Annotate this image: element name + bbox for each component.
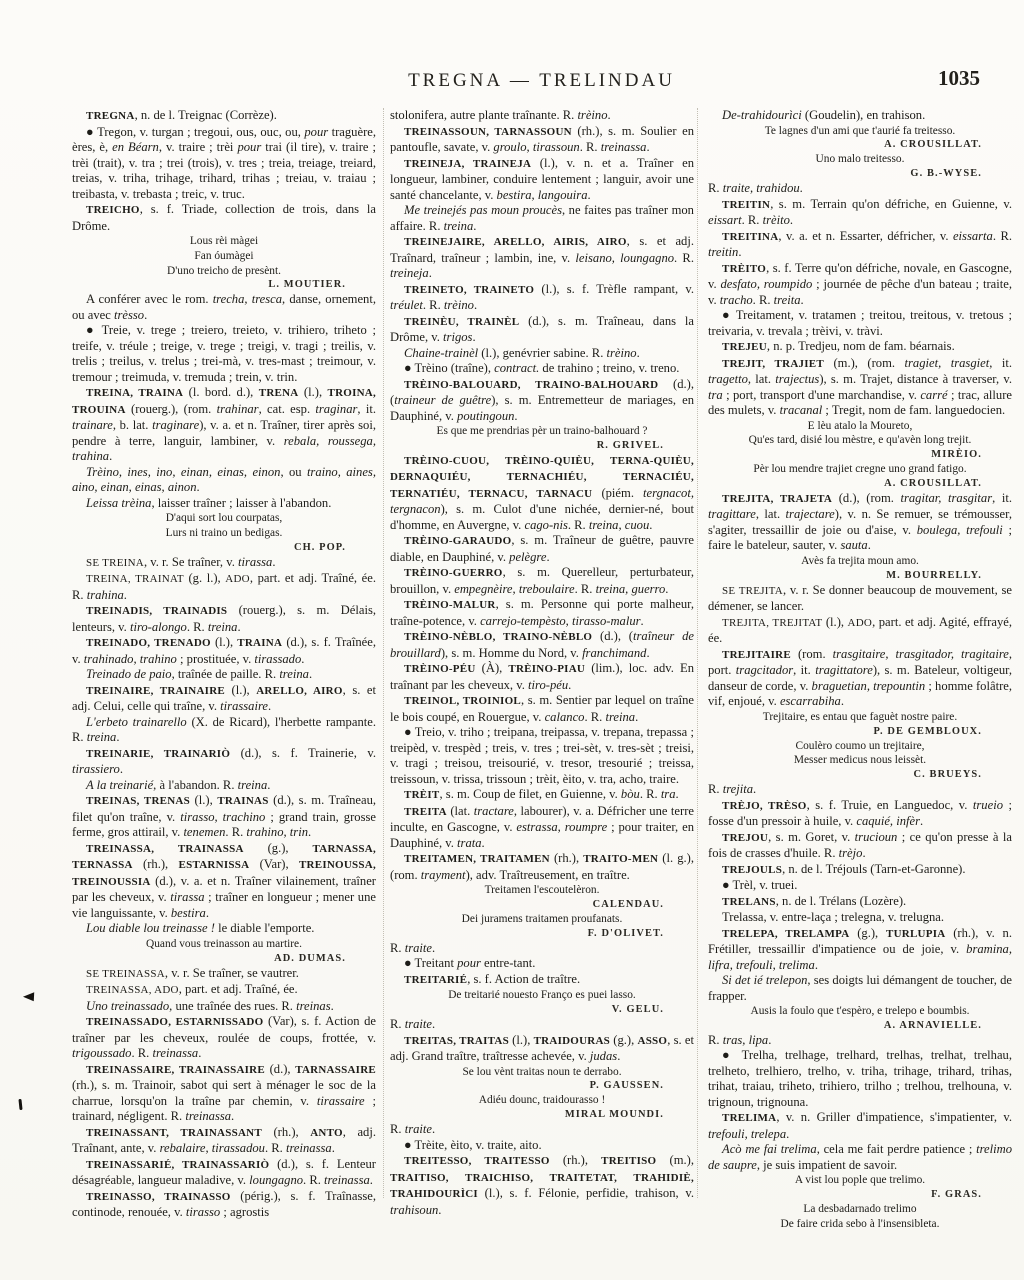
paragraph-ref: R. traite.: [390, 1017, 694, 1033]
paragraph-text: Lou diable lou treinasse ! le diable l'e…: [72, 921, 376, 937]
dictionary-entry: TRÈINO-CUOU, TRÈINO-QUIÈU, TERNA-QUIÈU, …: [390, 453, 694, 534]
entry-headword: TREINASSAIRE, TRAINASSAIRE: [86, 1064, 265, 1076]
dictionary-entry: TRÈINO-PÉU (À), TRÈINO-PIAU (lim.), loc.…: [390, 661, 694, 693]
paragraph-author: F. D'OLIVET.: [390, 927, 694, 941]
entry-headword: TREINAS, TRENAS: [86, 795, 190, 807]
paragraph-author: MIRÈIO.: [708, 448, 1012, 462]
dictionary-entry: TRÈJO, TRÈSO, s. f. Truie, en Languedoc,…: [708, 798, 1012, 830]
paragraph-author: V. GELU.: [390, 1003, 694, 1017]
dictionary-entry: TREJITAIRE (rom. trasgitaire, trasgitado…: [708, 647, 1012, 710]
dictionary-entry: TRÈINO-GUERRO, s. m. Querelleur, perturb…: [390, 565, 694, 597]
paragraph-author: A. CROUSILLAT.: [708, 477, 1012, 491]
paragraph-text: De-trahidourìci (Goudelin), en trahison.: [708, 108, 1012, 124]
entry-headword: TREINAIRE, TRAINAIRE: [86, 685, 225, 697]
entry-headword: TRÈINO-GARAUDO: [404, 535, 511, 547]
dictionary-entry: TREINETO, TRAINETO (l.), s. f. Trèfle ra…: [390, 282, 694, 314]
entry-headword: TRAINA: [237, 637, 282, 649]
entry-headword: TREINEJAIRE, ARELLO, AIRIS, AIRO: [404, 236, 627, 248]
entry-headword: TREITESSO, TRAITESSO: [404, 1155, 550, 1167]
entry-headword: TREITAS, TRAITAS: [404, 1035, 509, 1047]
page-number: 1035: [938, 66, 980, 91]
paragraph-verse: Uno malo treitesso.: [708, 152, 1012, 167]
paragraph-author: CH. POP.: [72, 541, 376, 555]
paragraph-verse: Trejitaire, es entau que faguèt nostre p…: [708, 710, 1012, 725]
dictionary-entry: TRÈINO-NÈBLO, TRAINO-NÈBLO (d.), (traîne…: [390, 629, 694, 661]
paragraph-author: C. BRUEYS.: [708, 768, 1012, 782]
dictionary-entry: TREINASSA, TRAINASSA (g.), TARNASSA, TER…: [72, 841, 376, 922]
dictionary-entry: TREINARIE, TRAINARIÒ (d.), s. f. Trainer…: [72, 746, 376, 778]
paragraph-verse: E lèu atalo la Moureto,: [708, 419, 1012, 434]
paragraph-text: Leissa trèina, laisser traîner ; laisser…: [72, 496, 376, 512]
paragraph-verse: Fan óumàgei: [72, 249, 376, 264]
paragraph-verse: Se lou vènt traitas noun te derrabo.: [390, 1065, 694, 1080]
entry-headword: TRÈINO-GUERRO: [404, 567, 503, 579]
entry-headword: TRÈJO, TRÈSO: [722, 800, 807, 812]
entry-headword: TRÈINO-BALOUARD, TRAINO-BALHOUARD: [404, 379, 658, 391]
dictionary-entry: TREJOU, s. m. Goret, v. trucioun ; ce qu…: [708, 830, 1012, 862]
paragraph-text: L'erbeto trainarello (X. de Ricard), l'h…: [72, 715, 376, 746]
paragraph-verse: Te lagnes d'un ami que t'aurié fa treite…: [708, 124, 1012, 139]
entry-headword: TREJOU: [722, 832, 768, 844]
entry-headword: TREJITAIRE: [722, 649, 791, 661]
dictionary-entry: TREINA, TRAINA (l. bord. d.), TRENA (l.)…: [72, 385, 376, 465]
dictionary-entry: TRÈITO, s. f. Terre qu'on défriche, nova…: [708, 261, 1012, 309]
entry-headword: TREINASSA, TRAINASSA: [86, 843, 244, 855]
paragraph-text: Si det ié trelepon, ses doigts lui déman…: [708, 973, 1012, 1004]
paragraph-verse: Pèr lou mendre trajiet cregne uno grand …: [708, 462, 1012, 477]
paragraph-text: Acò me fai trelima, cela me fait perdre …: [708, 1142, 1012, 1173]
entry-headword: TRÈIT: [404, 789, 440, 801]
paragraph-ref: R. traite.: [390, 941, 694, 957]
dictionary-entry: TREITARIÉ, s. f. Action de traître.: [390, 972, 694, 989]
paragraph-verse: D'aqui sort lou courpatas,: [72, 511, 376, 526]
paragraph-text: A conférer avec le rom. trecha, tresca, …: [72, 292, 376, 323]
paragraph-text: A la treinarié, à l'abandon. R. treina.: [72, 778, 376, 794]
entry-headword: TREINÈU, TRAINÈL: [404, 316, 519, 328]
text-column-2: stolonifera, autre plante traînante. R. …: [390, 108, 694, 1230]
dictionary-entry: TRÈINO-BALOUARD, TRAINO-BALHOUARD (d.), …: [390, 377, 694, 425]
paragraph-text: Chaine-trainèl (l.), genévrier sabine. R…: [390, 346, 694, 362]
dictionary-entry: TREINASSARIÉ, TRAINASSARIÒ (d.), s. f. L…: [72, 1157, 376, 1189]
paragraph-text: Uno treinassado, une traînée des rues. R…: [72, 999, 376, 1015]
dictionary-page: TREGNA — TRELINDAU 1035 TREGNA, n. de l.…: [0, 0, 1024, 1280]
dictionary-entry: TREJEU, n. p. Tredjeu, nom de fam. béarn…: [708, 339, 1012, 356]
dictionary-entry: TREITAS, TRAITAS (l.), TRAIDOURAS (g.), …: [390, 1033, 694, 1065]
dictionary-entry: TRELIMA, v. n. Griller d'impatience, s'i…: [708, 1110, 1012, 1142]
paragraph-variant: ● Trèino (traîne), contract. de trahino …: [390, 361, 694, 377]
paragraph-verse: D'uno treicho de presènt.: [72, 264, 376, 279]
dictionary-entry: TREINAS, TRENAS (l.), TRAINAS (d.), s. m…: [72, 793, 376, 841]
text-column-1: TREGNA, n. de l. Treignac (Corrèze).● Tr…: [72, 108, 376, 1230]
entry-headword: TREITIN: [722, 199, 770, 211]
dictionary-entry: TREJITA, TREJITAT (l.), ADO, part. et ad…: [708, 615, 1012, 647]
paragraph-author: AD. DUMAS.: [72, 952, 376, 966]
dictionary-entry: SE TREJITA, v. r. Se donner beaucoup de …: [708, 583, 1012, 615]
paragraph-verse: Messer medicus nous leissèt.: [708, 753, 1012, 768]
dictionary-entry: TREINEJA, TRAINEJA (l.), v. n. et a. Tra…: [390, 156, 694, 204]
entry-headword: TREITISO: [601, 1155, 656, 1167]
dictionary-entry: TREITINA, v. a. et n. Essarter, défriche…: [708, 229, 1012, 261]
entry-headword: TREITINA: [722, 231, 778, 243]
entry-headword: TREITA: [404, 806, 447, 818]
dictionary-entry: TREGNA, n. de l. Treignac (Corrèze).: [72, 108, 376, 125]
entry-headword: TREINASSADO, ESTARNISSADO: [86, 1016, 263, 1028]
dictionary-entry: TREJIT, TRAJIET (m.), (rom. tragiet, tra…: [708, 356, 1012, 419]
running-head: TREGNA — TRELINDAU: [75, 70, 1008, 92]
paragraph-variant: ● Trèite, èito, v. traite, aito.: [390, 1138, 694, 1154]
paragraph-author: P. DE GEMBLOUX.: [708, 725, 1012, 739]
entry-headword: TREINETO, TRAINETO: [404, 284, 534, 296]
dictionary-entry: TREINASSAIRE, TRAINASSAIRE (d.), TARNASS…: [72, 1062, 376, 1125]
dictionary-entry: SE TREINA, v. r. Se traîner, v. tirassa.: [72, 555, 376, 572]
paragraph-author: F. GRAS.: [708, 1188, 1012, 1202]
paragraph-ref: R. traite, trahidou.: [708, 181, 1012, 197]
paragraph-verse: Coulèro coumo un trejitaire,: [708, 739, 1012, 754]
dictionary-entry: TREINADIS, TRAINADIS (rouerg.), s. m. Dé…: [72, 603, 376, 635]
paragraph-verse: Lurs ni traino un bedigas.: [72, 526, 376, 541]
dictionary-entry: TRELEPA, TRELAMPA (g.), TURLUPIA (rh.), …: [708, 926, 1012, 974]
paragraph-verse: Dei juramens traitamen proufanats.: [390, 912, 694, 927]
entry-headword: TREINADIS, TRAINADIS: [86, 605, 227, 617]
paragraph-text: Trèino, ines, ino, einan, einas, einon, …: [72, 465, 376, 496]
entry-headword: TRÈINO-PIAU: [508, 663, 585, 675]
dictionary-entry: TREINASSO, TRAINASSO (périg.), s. f. Tra…: [72, 1189, 376, 1221]
entry-headword: TREINOL, TROINIOL: [404, 695, 521, 707]
dictionary-entry: TREITESSO, TRAITESSO (rh.), TREITISO (m.…: [390, 1153, 694, 1218]
dictionary-entry: TRÈINO-MALUR, s. m. Personne qui porte m…: [390, 597, 694, 629]
entry-headword: TREINASSOUN, TARNASSOUN: [404, 126, 572, 138]
entry-headword: TRELEPA, TRELAMPA: [722, 928, 849, 940]
dictionary-entry: TREINASSOUN, TARNASSOUN (rh.), s. m. Sou…: [390, 124, 694, 156]
dictionary-entry: TREINASSADO, ESTARNISSADO (Var), s. f. A…: [72, 1014, 376, 1062]
entry-headword: TREJEU: [722, 341, 767, 353]
dictionary-entry: TREINASSANT, TRAINASSANT (rh.), ANTO, ad…: [72, 1125, 376, 1157]
entry-headword: TRAIDOURAS: [534, 1035, 610, 1047]
paragraph-text: Trelassa, v. entre-laça ; trelegna, v. t…: [708, 910, 1012, 926]
paragraph-verse: Quand vous treinasson au martire.: [72, 937, 376, 952]
entry-headword: TREITAMEN, TRAITAMEN: [404, 853, 550, 865]
paragraph-variant: ● Treitant pour entre-tant.: [390, 956, 694, 972]
margin-artifact-triangle: [23, 992, 34, 1002]
entry-headword: TREINADO, TRENADO: [86, 637, 211, 649]
entry-headword: TREINA, TRAINA: [86, 387, 183, 399]
paragraph-text: Treinado de paio, traînée de paille. R. …: [72, 667, 376, 683]
dictionary-entry: TREJOULS, n. de l. Tréjouls (Tarn-et-Gar…: [708, 862, 1012, 879]
paragraph-variant: ● Treie, v. trege ; treiero, treieto, v.…: [72, 323, 376, 385]
entry-headword: TRÈINO-MALUR: [404, 599, 496, 611]
dictionary-entry: TRÈINO-GARAUDO, s. m. Traîneur de guêtre…: [390, 533, 694, 565]
text-block: TREGNA, n. de l. Treignac (Corrèze).● Tr…: [72, 108, 1012, 1230]
paragraph-author: G. B.-WYSE.: [708, 167, 1012, 181]
dictionary-entry: TRÈIT, s. m. Coup de filet, en Guienne, …: [390, 787, 694, 804]
paragraph-author: M. BOURRELLY.: [708, 569, 1012, 583]
text-column-3: De-trahidourìci (Goudelin), en trahison.…: [708, 108, 1012, 1230]
entry-headword: ESTARNISSA: [179, 859, 250, 871]
paragraph-author: R. GRIVEL.: [390, 439, 694, 453]
dictionary-entry: TREITAMEN, TRAITAMEN (rh.), TRAITO-MEN (…: [390, 851, 694, 883]
entry-headword: TRAINAS: [217, 795, 268, 807]
paragraph-verse: De faire crida sebo à l'insensibleta.: [708, 1217, 1012, 1230]
paragraph-cont: stolonifera, autre plante traînante. R. …: [390, 108, 694, 124]
dictionary-entry: TREINEJAIRE, ARELLO, AIRIS, AIRO, s. et …: [390, 234, 694, 282]
entry-headword: TREINASSARIÉ, TRAINASSARIÒ: [86, 1159, 269, 1171]
paragraph-verse: Adiéu dounc, traidourasso !: [390, 1093, 694, 1108]
entry-headword: TREICHO: [86, 204, 140, 216]
dictionary-entry: TREINASSA, ADO, part. et adj. Traîné, ée…: [72, 982, 376, 999]
entry-headword: ANTO: [310, 1127, 343, 1139]
dictionary-entry: TREICHO, s. f. Triade, collection de tro…: [72, 202, 376, 234]
paragraph-author: A. CROUSILLAT.: [708, 138, 1012, 152]
paragraph-verse: Lous rèi màgei: [72, 234, 376, 249]
paragraph-author: P. GAUSSEN.: [390, 1079, 694, 1093]
entry-headword: ASSO: [638, 1035, 668, 1047]
entry-headword: TREINEJA, TRAINEJA: [404, 158, 531, 170]
dictionary-entry: TRELANS, n. de l. Trélans (Lozère).: [708, 894, 1012, 911]
dictionary-entry: TREITA (lat. tractare, labourer), v. a. …: [390, 804, 694, 852]
dictionary-entry: TREINA, TRAINAT (g. l.), ADO, part. et a…: [72, 571, 376, 603]
entry-headword: TRÈINO-NÈBLO, TRAINO-NÈBLO: [404, 631, 592, 643]
paragraph-verse: Avès fa trejita moun amo.: [708, 554, 1012, 569]
page-header: TREGNA — TRELINDAU 1035: [75, 70, 1008, 100]
paragraph-variant: ● Tregon, v. turgan ; tregoui, ous, ouc,…: [72, 125, 376, 203]
margin-artifact-tick: [18, 1099, 22, 1110]
dictionary-entry: TREINADO, TRENADO (l.), TRAINA (d.), s. …: [72, 635, 376, 667]
entry-headword: TRÈITO: [722, 263, 766, 275]
dictionary-entry: TREITIN, s. m. Terrain qu'on défriche, e…: [708, 197, 1012, 229]
paragraph-variant: ● Treio, v. triho ; treipana, treipassa,…: [390, 725, 694, 787]
dictionary-entry: TREJITA, TRAJETA (d.), (rom. tragitar, t…: [708, 491, 1012, 554]
entry-headword: TREJOULS: [722, 864, 782, 876]
paragraph-text: Me treinejés pas moun proucès, ne faites…: [390, 203, 694, 234]
entry-headword: TREJITA, TRAJETA: [722, 493, 832, 505]
paragraph-ref: R. trejita.: [708, 782, 1012, 798]
paragraph-author: CALENDAU.: [390, 898, 694, 912]
paragraph-verse: Es que me prendrias pèr un traino-balhou…: [390, 424, 694, 439]
paragraph-author: L. MOUTIER.: [72, 278, 376, 292]
paragraph-verse: La desbadarnado trelimo: [708, 1202, 1012, 1217]
dictionary-entry: TREINOL, TROINIOL, s. m. Sentier par leq…: [390, 693, 694, 725]
paragraph-verse: Ausis la foulo que t'espèro, e trelepo e…: [708, 1004, 1012, 1019]
paragraph-verse: Treitamen l'escoutelèron.: [390, 883, 694, 898]
entry-headword: TRAITO-MEN: [583, 853, 658, 865]
paragraph-ref: R. traite.: [390, 1122, 694, 1138]
entry-headword: TURLUPIA: [886, 928, 945, 940]
entry-headword: TREINASSO, TRAINASSO: [86, 1191, 231, 1203]
paragraph-verse: De treitarié nouesto Franço es puei lass…: [390, 988, 694, 1003]
paragraph-ref: R. tras, lipa.: [708, 1033, 1012, 1049]
paragraph-variant: ● Trèl, v. truei.: [708, 878, 1012, 894]
paragraph-verse: A vist lou pople que trelimo.: [708, 1173, 1012, 1188]
paragraph-author: MIRAL MOUNDI.: [390, 1108, 694, 1122]
entry-headword: ARELLO, AIRO: [256, 685, 342, 697]
entry-headword: TARNASSAIRE: [295, 1064, 376, 1076]
paragraph-variant: ● Trelha, trelhage, trelhard, trelhas, t…: [708, 1048, 1012, 1110]
entry-headword: TRELANS: [722, 896, 776, 908]
paragraph-variant: ● Treitament, v. tratamen ; treitou, tre…: [708, 308, 1012, 339]
paragraph-author: A. ARNAVIELLE.: [708, 1019, 1012, 1033]
entry-headword: TREGNA: [86, 110, 135, 122]
entry-headword: TREINASSANT, TRAINASSANT: [86, 1127, 262, 1139]
entry-headword: TRÈINO-PÉU: [404, 663, 476, 675]
entry-headword: TREITARIÉ: [404, 974, 467, 986]
entry-headword: TREJIT, TRAJIET: [722, 358, 824, 370]
entry-headword: TRELIMA: [722, 1112, 776, 1124]
dictionary-entry: TREINÈU, TRAINÈL (d.), s. m. Traîneau, d…: [390, 314, 694, 346]
entry-headword: TREINARIE, TRAINARIÒ: [86, 748, 230, 760]
entry-headword: TRENA: [259, 387, 299, 399]
dictionary-entry: TREINAIRE, TRAINAIRE (l.), ARELLO, AIRO,…: [72, 683, 376, 715]
dictionary-entry: SE TREINASSA, v. r. Se traîner, se vautr…: [72, 966, 376, 983]
paragraph-verse: Qu'es tard, disié lou mèstre, e qu'avèn …: [708, 433, 1012, 448]
